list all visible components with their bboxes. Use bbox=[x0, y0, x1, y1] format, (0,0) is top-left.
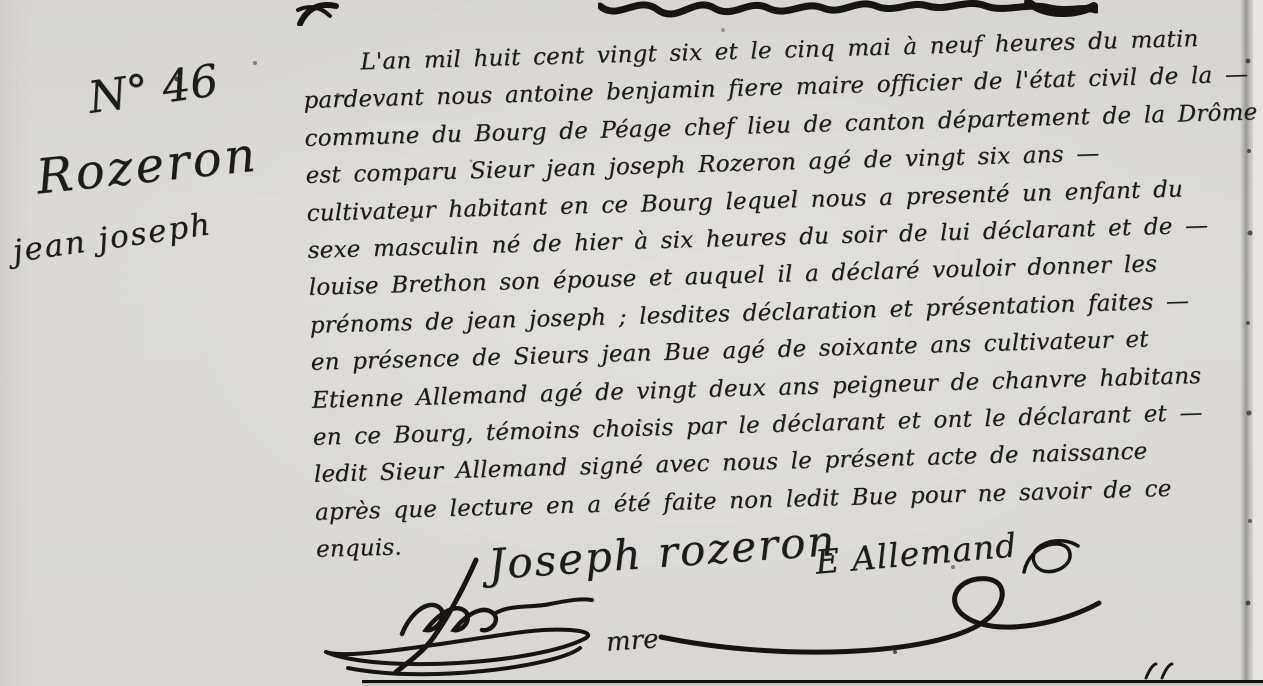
margin-given-names: jean joseph bbox=[10, 206, 214, 270]
next-act-fragment bbox=[1140, 662, 1190, 680]
paper-speckles bbox=[0, 0, 2, 2]
margin-surname: Rozeron bbox=[34, 127, 261, 206]
mayor-title-abbreviation: mre bbox=[605, 624, 659, 658]
header-cutoff-scribble bbox=[598, 0, 1098, 20]
scanned-register-page: N° 46 Rozeron jean joseph L'an mil huit … bbox=[0, 0, 1263, 686]
header-cutoff-fragment bbox=[296, 0, 342, 26]
mayor-signature-flourish bbox=[318, 556, 628, 678]
act-body-text: L'an mil huit cent vingt six et le cinq … bbox=[302, 20, 1262, 570]
mayor-paraph-figure-eight bbox=[655, 565, 1105, 660]
margin-act-number: N° 46 bbox=[85, 55, 221, 124]
